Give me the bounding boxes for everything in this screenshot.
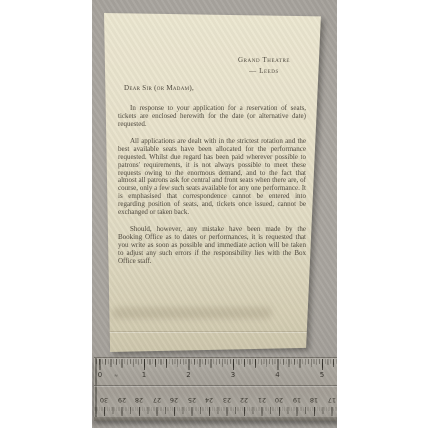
cm-label-23: 23 (219, 396, 235, 404)
inch-label-4: 4 (272, 371, 284, 379)
cm-label-19: 19 (289, 396, 305, 404)
cm-label-20: 20 (271, 396, 287, 404)
cm-label-18: 18 (306, 396, 322, 404)
letter-body: In response to your application for a re… (118, 105, 306, 265)
letterhead-city: Leeds (259, 67, 279, 75)
letterhead: Grand Theatre — Leeds (202, 55, 326, 77)
ruler-bottom-edge (94, 417, 337, 421)
ruler-emblem: ≈ (114, 373, 119, 379)
letterhead-theatre-name: Grand Theatre (238, 56, 290, 64)
ruler-groove-line (94, 385, 337, 387)
cm-label-27: 27 (149, 396, 165, 404)
cm-label-30: 30 (96, 396, 112, 404)
ink-show-through-smudge (112, 307, 272, 319)
letterhead-dash: — (249, 67, 257, 75)
fold-crease (104, 331, 322, 333)
cm-label-21: 21 (254, 396, 270, 404)
inch-label-0: 0 (94, 371, 106, 379)
paragraph-allocations: All applications are dealt with in the s… (118, 138, 306, 216)
cm-label-17: 17 (324, 396, 338, 404)
paragraph-mistakes: Should, however, any mistake have been m… (118, 226, 306, 265)
cm-label-28: 28 (131, 396, 147, 404)
letter-paper: Grand Theatre — Leeds Dear Sir (or Madam… (104, 13, 322, 352)
photo-of-letter: Grand Theatre — Leeds Dear Sir (or Madam… (92, 0, 337, 428)
inch-label-1: 1 (138, 371, 150, 379)
cm-label-22: 22 (236, 396, 252, 404)
ruler: 0 1 2 3 4 5 ≈ 30 29 28 27 26 25 24 23 22… (94, 357, 337, 421)
inch-ticks-units (94, 359, 337, 370)
cm-label-24: 24 (201, 396, 217, 404)
paragraph-reservation: In response to your application for a re… (118, 105, 306, 128)
cm-label-25: 25 (184, 396, 200, 404)
salutation: Dear Sir (or Madam), (124, 84, 194, 92)
inch-label-3: 3 (227, 371, 239, 379)
cm-label-26: 26 (166, 396, 182, 404)
inch-label-5: 5 (316, 371, 328, 379)
cm-label-29: 29 (114, 396, 130, 404)
cm-ticks-centimetres (94, 407, 337, 416)
inch-label-2: 2 (183, 371, 195, 379)
